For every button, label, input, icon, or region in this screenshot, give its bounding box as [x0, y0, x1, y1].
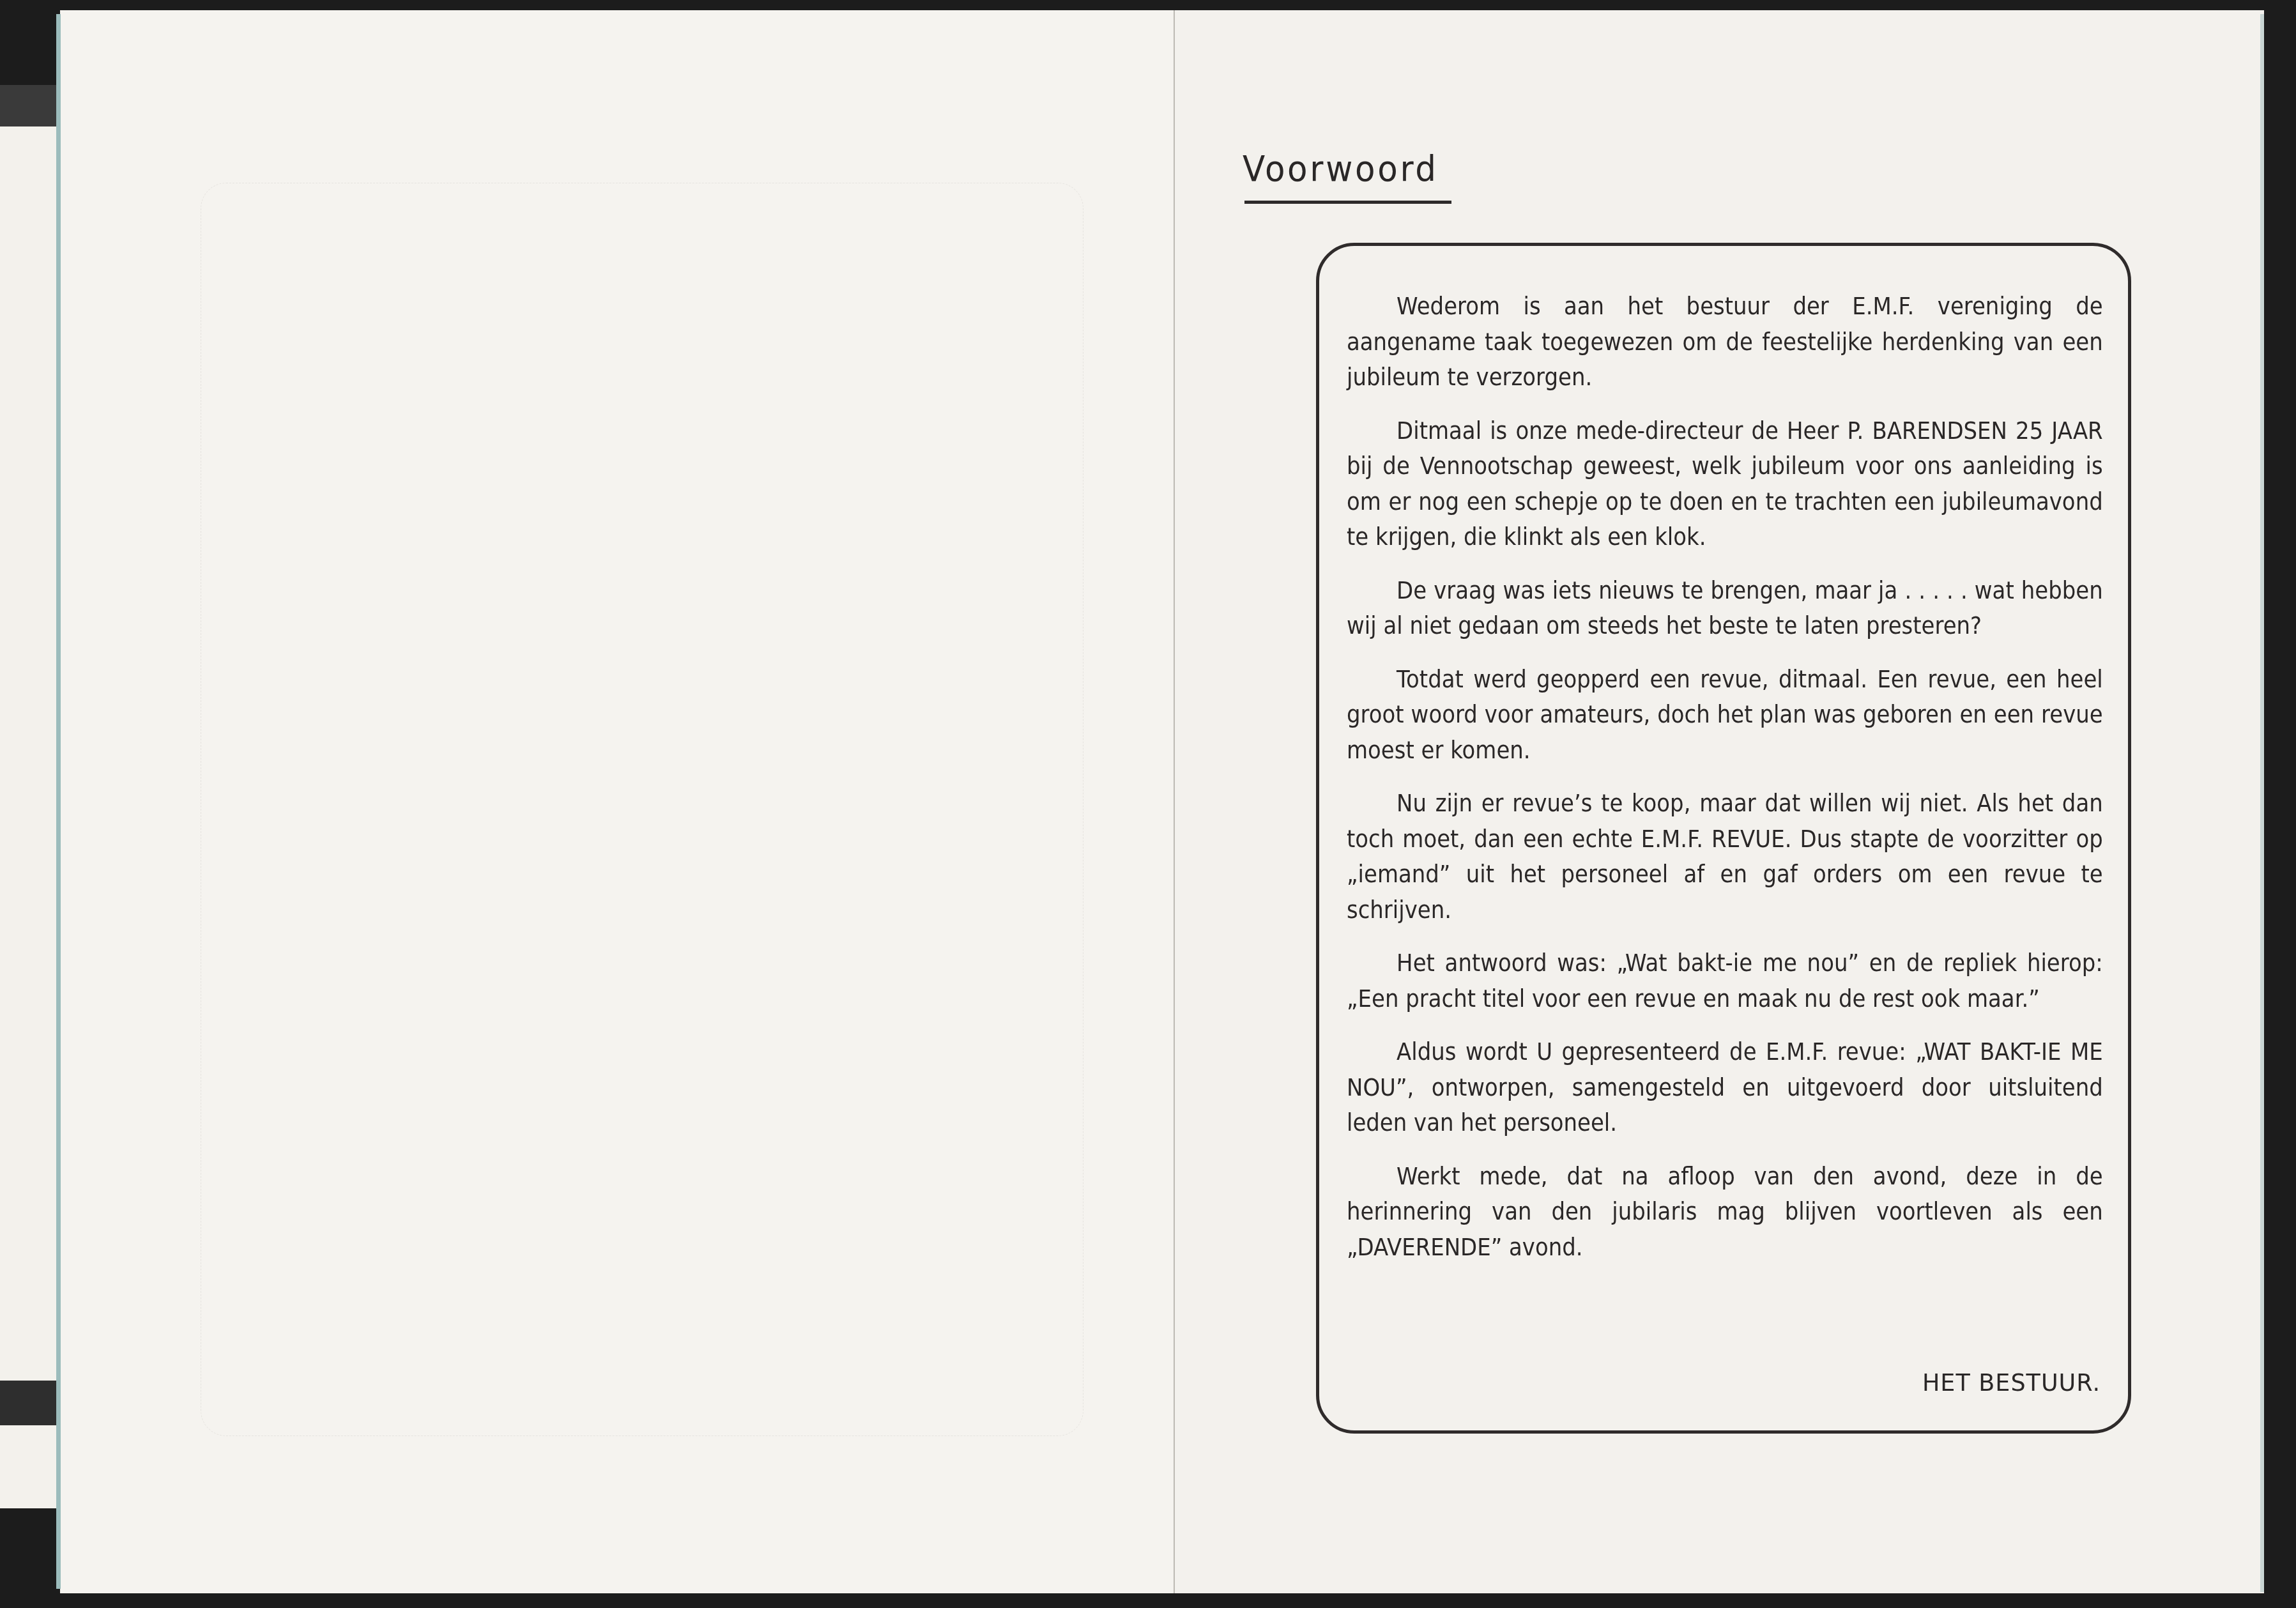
- scanner-background-strip: [0, 1381, 59, 1425]
- paragraph: Werkt mede, dat na afloop van den avond,…: [1347, 1159, 2103, 1266]
- title-underline: [1244, 201, 1451, 204]
- page-title: Voorwoord: [1243, 148, 1439, 190]
- paragraph: Ditmaal is onze mede-directeur de Heer P…: [1347, 413, 2103, 555]
- show-through-frame: [201, 183, 1083, 1436]
- paragraph: De vraag was iets nieuws te brengen, maa…: [1347, 573, 2103, 644]
- paragraph: Het antwoord was: „Wat bakt-ie me nou” e…: [1347, 946, 2103, 1016]
- cover-edge: [56, 14, 61, 1589]
- paragraph: Wederom is aan het bestuur der E.M.F. ve…: [1347, 289, 2103, 395]
- foreword-text: Wederom is aan het bestuur der E.M.F. ve…: [1347, 289, 2103, 1283]
- left-page: [60, 10, 1172, 1593]
- page-edge: [2260, 14, 2264, 1592]
- scanner-background-strip: [0, 85, 59, 126]
- foreword-box: Wederom is aan het bestuur der E.M.F. ve…: [1316, 243, 2131, 1434]
- signature: HET BESTUUR.: [1922, 1369, 2101, 1397]
- underlying-page-edge: [0, 126, 59, 1508]
- paragraph: Totdat werd geopperd een revue, ditmaal.…: [1347, 662, 2103, 769]
- paragraph: Nu zijn er revue’s te koop, maar dat wil…: [1347, 786, 2103, 928]
- paragraph: Aldus wordt U gepresenteerd de E.M.F. re…: [1347, 1034, 2103, 1141]
